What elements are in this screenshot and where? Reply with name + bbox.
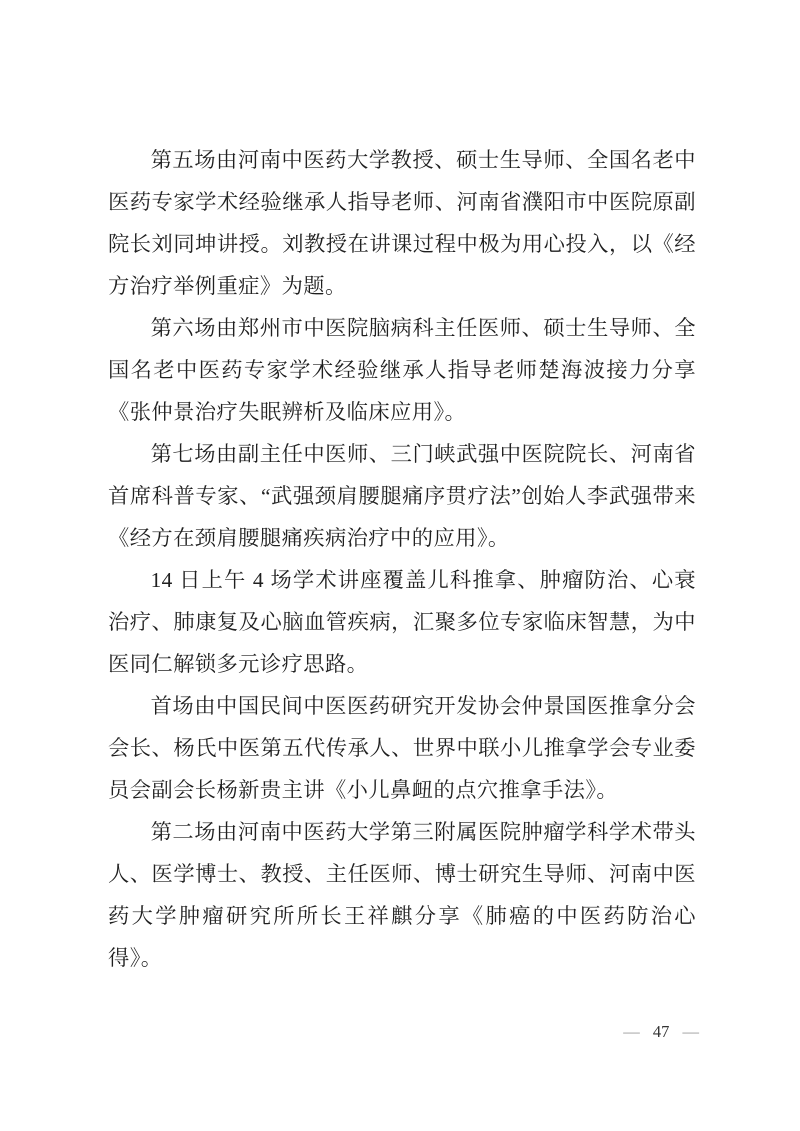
paragraph-2: 第六场由郑州市中医院脑病科主任医师、硕士生导师、全国名老中医药专家学术经验继承人… <box>108 307 696 433</box>
document-body: 第五场由河南中医药大学教授、硕士生导师、全国名老中医药专家学术经验继承人指导老师… <box>108 139 696 979</box>
document-page: 第五场由河南中医药大学教授、硕士生导师、全国名老中医药专家学术经验继承人指导老师… <box>0 0 800 1131</box>
paragraph-5: 首场由中国民间中医医药研究开发协会仲景国医推拿分会会长、杨氏中医第五代传承人、世… <box>108 685 696 811</box>
paragraph-6: 第二场由河南中医药大学第三附属医院肿瘤学科学术带头人、医学博士、教授、主任医师、… <box>108 811 696 979</box>
page-number: 47 <box>645 1022 678 1041</box>
page-footer: — 47 — <box>622 1021 700 1043</box>
footer-dash-left: — <box>622 1022 641 1041</box>
footer-dash-right: — <box>682 1022 701 1041</box>
paragraph-1: 第五场由河南中医药大学教授、硕士生导师、全国名老中医药专家学术经验继承人指导老师… <box>108 139 696 307</box>
paragraph-4: 14 日上午 4 场学术讲座覆盖儿科推拿、肿瘤防治、心衰治疗、肺康复及心脑血管疾… <box>108 559 696 685</box>
paragraph-3: 第七场由副主任中医师、三门峡武强中医院院长、河南省首席科普专家、“武强颈肩腰腿痛… <box>108 433 696 559</box>
